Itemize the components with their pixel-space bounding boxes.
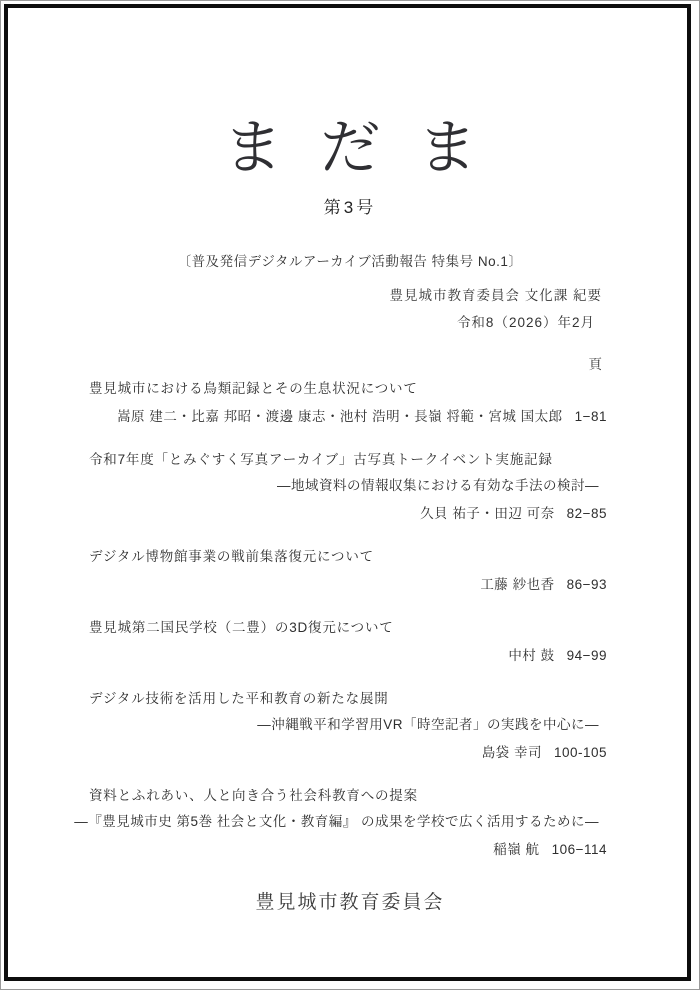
article-authors: 工藤 紗也香 (480, 575, 554, 595)
article-subtitle: ―沖縄戦平和学習用VR「時空記者」の実践を中心に― (1, 715, 699, 735)
article-title: 豊見城第二国民学校（二豊）の3D復元について (1, 618, 699, 638)
article-title: 令和7年度「とみぐすく写真アーカイブ」古写真トークイベント実施記録 (1, 450, 699, 470)
article-subtitle: ―『豊見城市史 第5巻 社会と文化・教育編』 の成果を学校で広く活用するために― (1, 812, 699, 832)
article-subtitle: ―地域資料の情報収集における有効な手法の検討― (1, 476, 699, 496)
article-title: デジタル博物館事業の戦前集落復元について (1, 547, 699, 567)
article-byline: 島袋 幸司 100-105 (1, 743, 699, 763)
issue-number: 第3号 (1, 193, 699, 218)
page-content: まだま 第3号 〔普及発信デジタルアーカイブ活動報告 特集号 No.1〕 豊見城… (1, 1, 699, 989)
article-byline: 嵩原 建二・比嘉 邦昭・渡邊 康志・池村 浩明・長嶺 将範・宮城 国太郎 1−8… (1, 407, 699, 427)
toc-entry: 豊見城第二国民学校（二豊）の3D復元について 中村 鼓 94−99 (1, 618, 699, 666)
article-pages: 86−93 (567, 575, 607, 595)
footer-publisher: 豊見城市教育委員会 (1, 887, 699, 914)
publisher-bulletin-line: 豊見城市教育委員会 文化課 紀要 (1, 284, 699, 304)
publication-date: 令和8（2026）年2月 (1, 311, 699, 331)
article-authors: 久貝 祐子・田辺 可奈 (420, 504, 555, 524)
article-byline: 中村 鼓 94−99 (1, 646, 699, 666)
article-pages: 94−99 (567, 646, 607, 666)
toc-entry: 令和7年度「とみぐすく写真アーカイブ」古写真トークイベント実施記録 ―地域資料の… (1, 450, 699, 524)
article-authors: 嵩原 建二・比嘉 邦昭・渡邊 康志・池村 浩明・長嶺 将範・宮城 国太郎 (117, 407, 563, 427)
article-byline: 久貝 祐子・田辺 可奈 82−85 (1, 504, 699, 524)
article-title: 豊見城市における鳥類記録とその生息状況について (1, 379, 699, 399)
article-byline: 稲嶺 航 106−114 (1, 840, 699, 860)
special-issue-note: 〔普及発信デジタルアーカイブ活動報告 特集号 No.1〕 (1, 250, 699, 270)
journal-title-calligraphy: まだま (0, 109, 700, 187)
toc-entry: 資料とふれあい、人と向き合う社会科教育への提案 ―『豊見城市史 第5巻 社会と文… (1, 786, 699, 860)
article-pages: 106−114 (552, 840, 607, 860)
page-column-header: 頁 (1, 353, 699, 373)
toc-entry: デジタル博物館事業の戦前集落復元について 工藤 紗也香 86−93 (1, 547, 699, 595)
journal-cover-page: まだま 第3号 〔普及発信デジタルアーカイブ活動報告 特集号 No.1〕 豊見城… (0, 0, 700, 990)
toc-entry: 豊見城市における鳥類記録とその生息状況について 嵩原 建二・比嘉 邦昭・渡邊 康… (1, 379, 699, 427)
toc-entry: デジタル技術を活用した平和教育の新たな展開 ―沖縄戦平和学習用VR「時空記者」の… (1, 689, 699, 763)
article-authors: 中村 鼓 (508, 646, 554, 666)
article-title: デジタル技術を活用した平和教育の新たな展開 (1, 689, 699, 709)
article-authors: 稲嶺 航 (493, 840, 539, 860)
article-authors: 島袋 幸司 (482, 743, 542, 763)
article-pages: 1−81 (575, 407, 607, 427)
article-title: 資料とふれあい、人と向き合う社会科教育への提案 (1, 786, 699, 806)
table-of-contents: 豊見城市における鳥類記録とその生息状況について 嵩原 建二・比嘉 邦昭・渡邊 康… (1, 379, 699, 860)
article-pages: 100-105 (554, 743, 607, 763)
article-pages: 82−85 (567, 504, 607, 524)
article-byline: 工藤 紗也香 86−93 (1, 575, 699, 595)
